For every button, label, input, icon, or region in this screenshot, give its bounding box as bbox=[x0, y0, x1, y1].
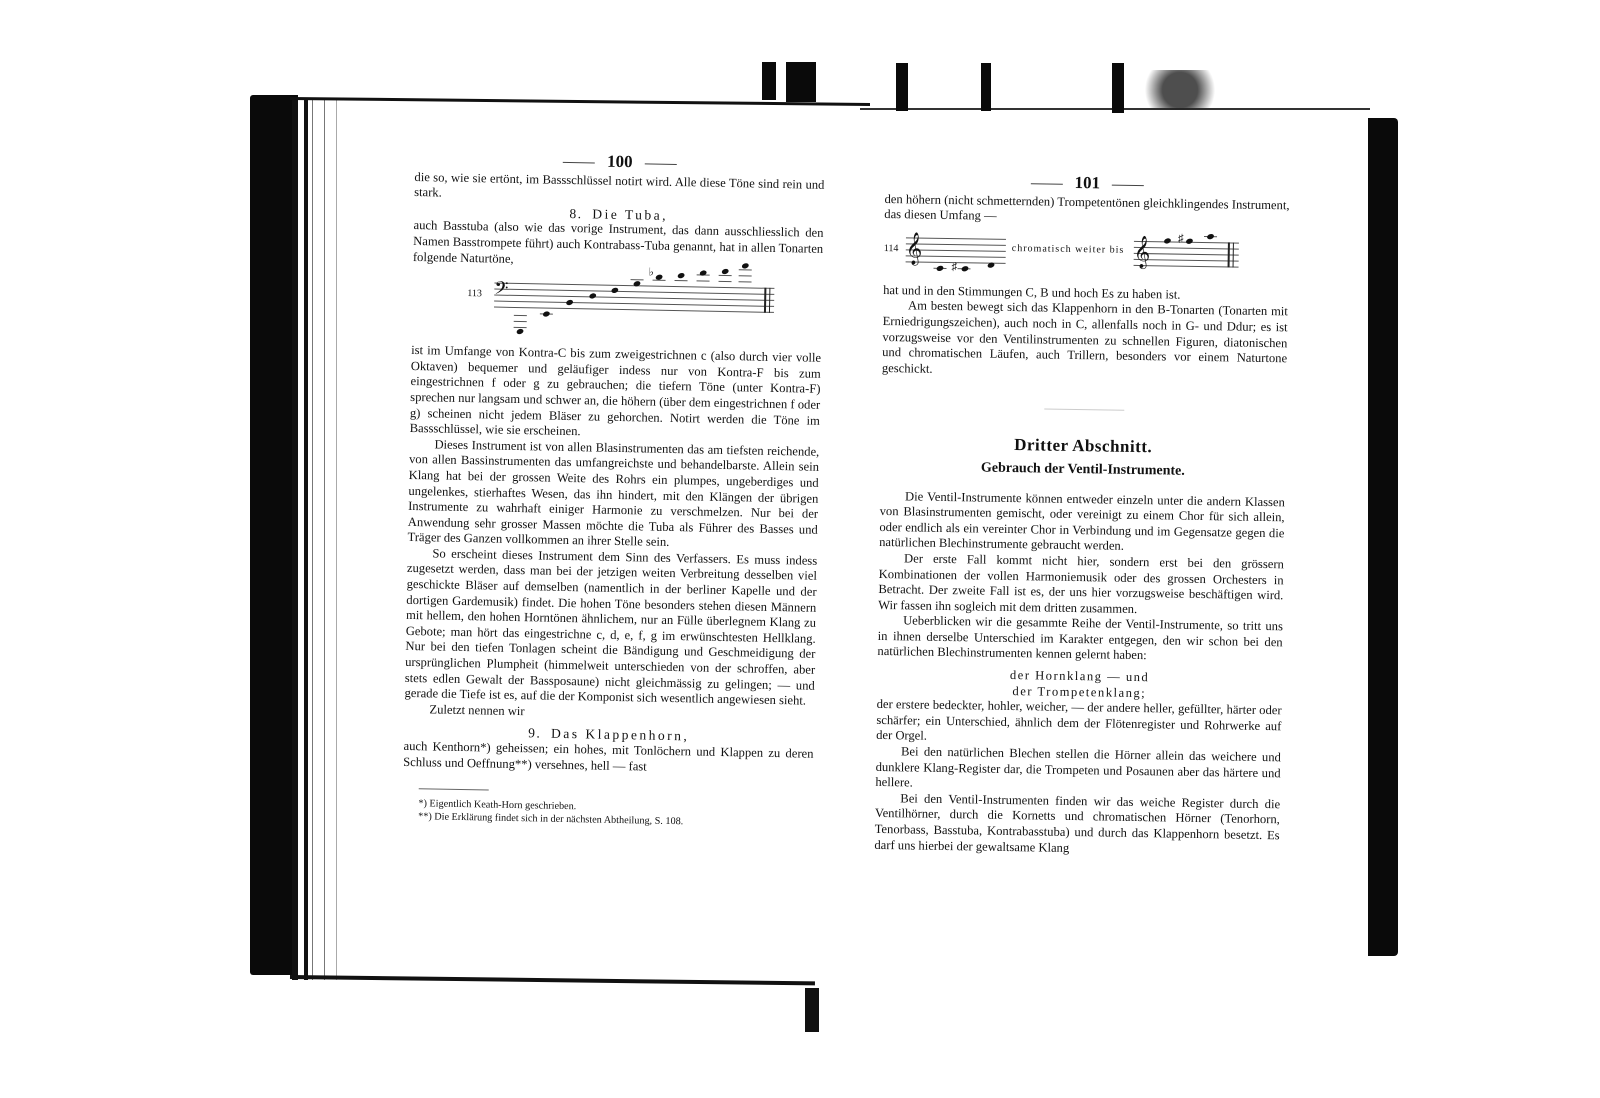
paragraph-valve: Bei den Ventil-Instrumenten finden wir d… bbox=[874, 791, 1280, 860]
music-example-114: 114 𝄞 ♯ chromatisch weiter bis 𝄞 ♯ bbox=[883, 229, 1289, 285]
page-edges-left bbox=[290, 100, 370, 980]
paragraph-cases: Der erste Fall kommt nicht hier, sondern… bbox=[878, 551, 1284, 620]
page-number-right: 101 bbox=[885, 172, 1290, 194]
scan-artifact bbox=[981, 63, 991, 111]
treble-clef-icon: 𝄞 bbox=[906, 237, 923, 259]
scan-artifact bbox=[896, 63, 908, 111]
paragraph-difference: der erstere bedeckter, hohler, weicher, … bbox=[876, 697, 1282, 750]
klappenhorn-intro: auch Kenthorn*) geheissen; ein hohes, mi… bbox=[403, 739, 814, 778]
continuation-text: die so, wie sie ertönt, im Bassschlüssel… bbox=[414, 170, 825, 209]
paragraph-instrument: Dieses Instrument ist von allen Blasinst… bbox=[407, 437, 819, 554]
page-bottom-edge bbox=[290, 975, 815, 985]
left-page: 100 die so, wie sie ertönt, im Bassschlü… bbox=[402, 150, 825, 831]
scan-artifact bbox=[1125, 70, 1235, 110]
footnote-rule bbox=[419, 788, 489, 790]
continuation-text: den höhern (nicht schmetternden) Trompet… bbox=[884, 192, 1289, 230]
tuba-intro: auch Basstuba (also wie das vorige Instr… bbox=[413, 218, 824, 273]
scan-artifact bbox=[1112, 63, 1124, 113]
divider bbox=[1044, 409, 1124, 411]
chapter-subtitle: Gebrauch der Ventil-Instrumente. bbox=[880, 459, 1285, 481]
paragraph-author: So erscheint dieses Instrument dem Sinn … bbox=[404, 546, 817, 710]
treble-clef-icon: 𝄞 bbox=[1134, 241, 1151, 263]
book-cover-right bbox=[1368, 118, 1398, 956]
scan-artifact bbox=[762, 62, 776, 100]
bass-clef-icon: 𝄢 bbox=[494, 281, 509, 303]
right-page: 101 den höhern (nicht schmetternden) Tro… bbox=[874, 172, 1290, 859]
paragraph-overview: Ueberblicken wir die gesammte Reihe der … bbox=[877, 613, 1283, 666]
paragraph-natural: Bei den natürlichen Blechen stellen die … bbox=[875, 744, 1281, 797]
staff: 𝄢 ♭ bbox=[494, 283, 774, 312]
paragraph-range: ist im Umfange von Kontra-C bis zum zwei… bbox=[409, 343, 821, 444]
footnotes: *) Eigentlich Keath-Horn geschrieben. **… bbox=[402, 788, 813, 831]
page-top-edge bbox=[290, 89, 870, 106]
binding-tab bbox=[805, 988, 819, 1032]
staff: 𝄞 ♯ bbox=[1134, 241, 1239, 267]
music-example-113: 113 𝄢 ♭ bbox=[411, 271, 822, 347]
paragraph-keys: Am besten bewegt sich das Klappenhorn in… bbox=[882, 298, 1288, 382]
scan-artifact bbox=[786, 62, 816, 102]
paragraph-usage: Die Ventil-Instrumente können entweder e… bbox=[879, 488, 1285, 557]
staff: 𝄞 ♯ bbox=[906, 237, 1006, 263]
chapter-title: Dritter Abschnitt. bbox=[881, 435, 1286, 457]
